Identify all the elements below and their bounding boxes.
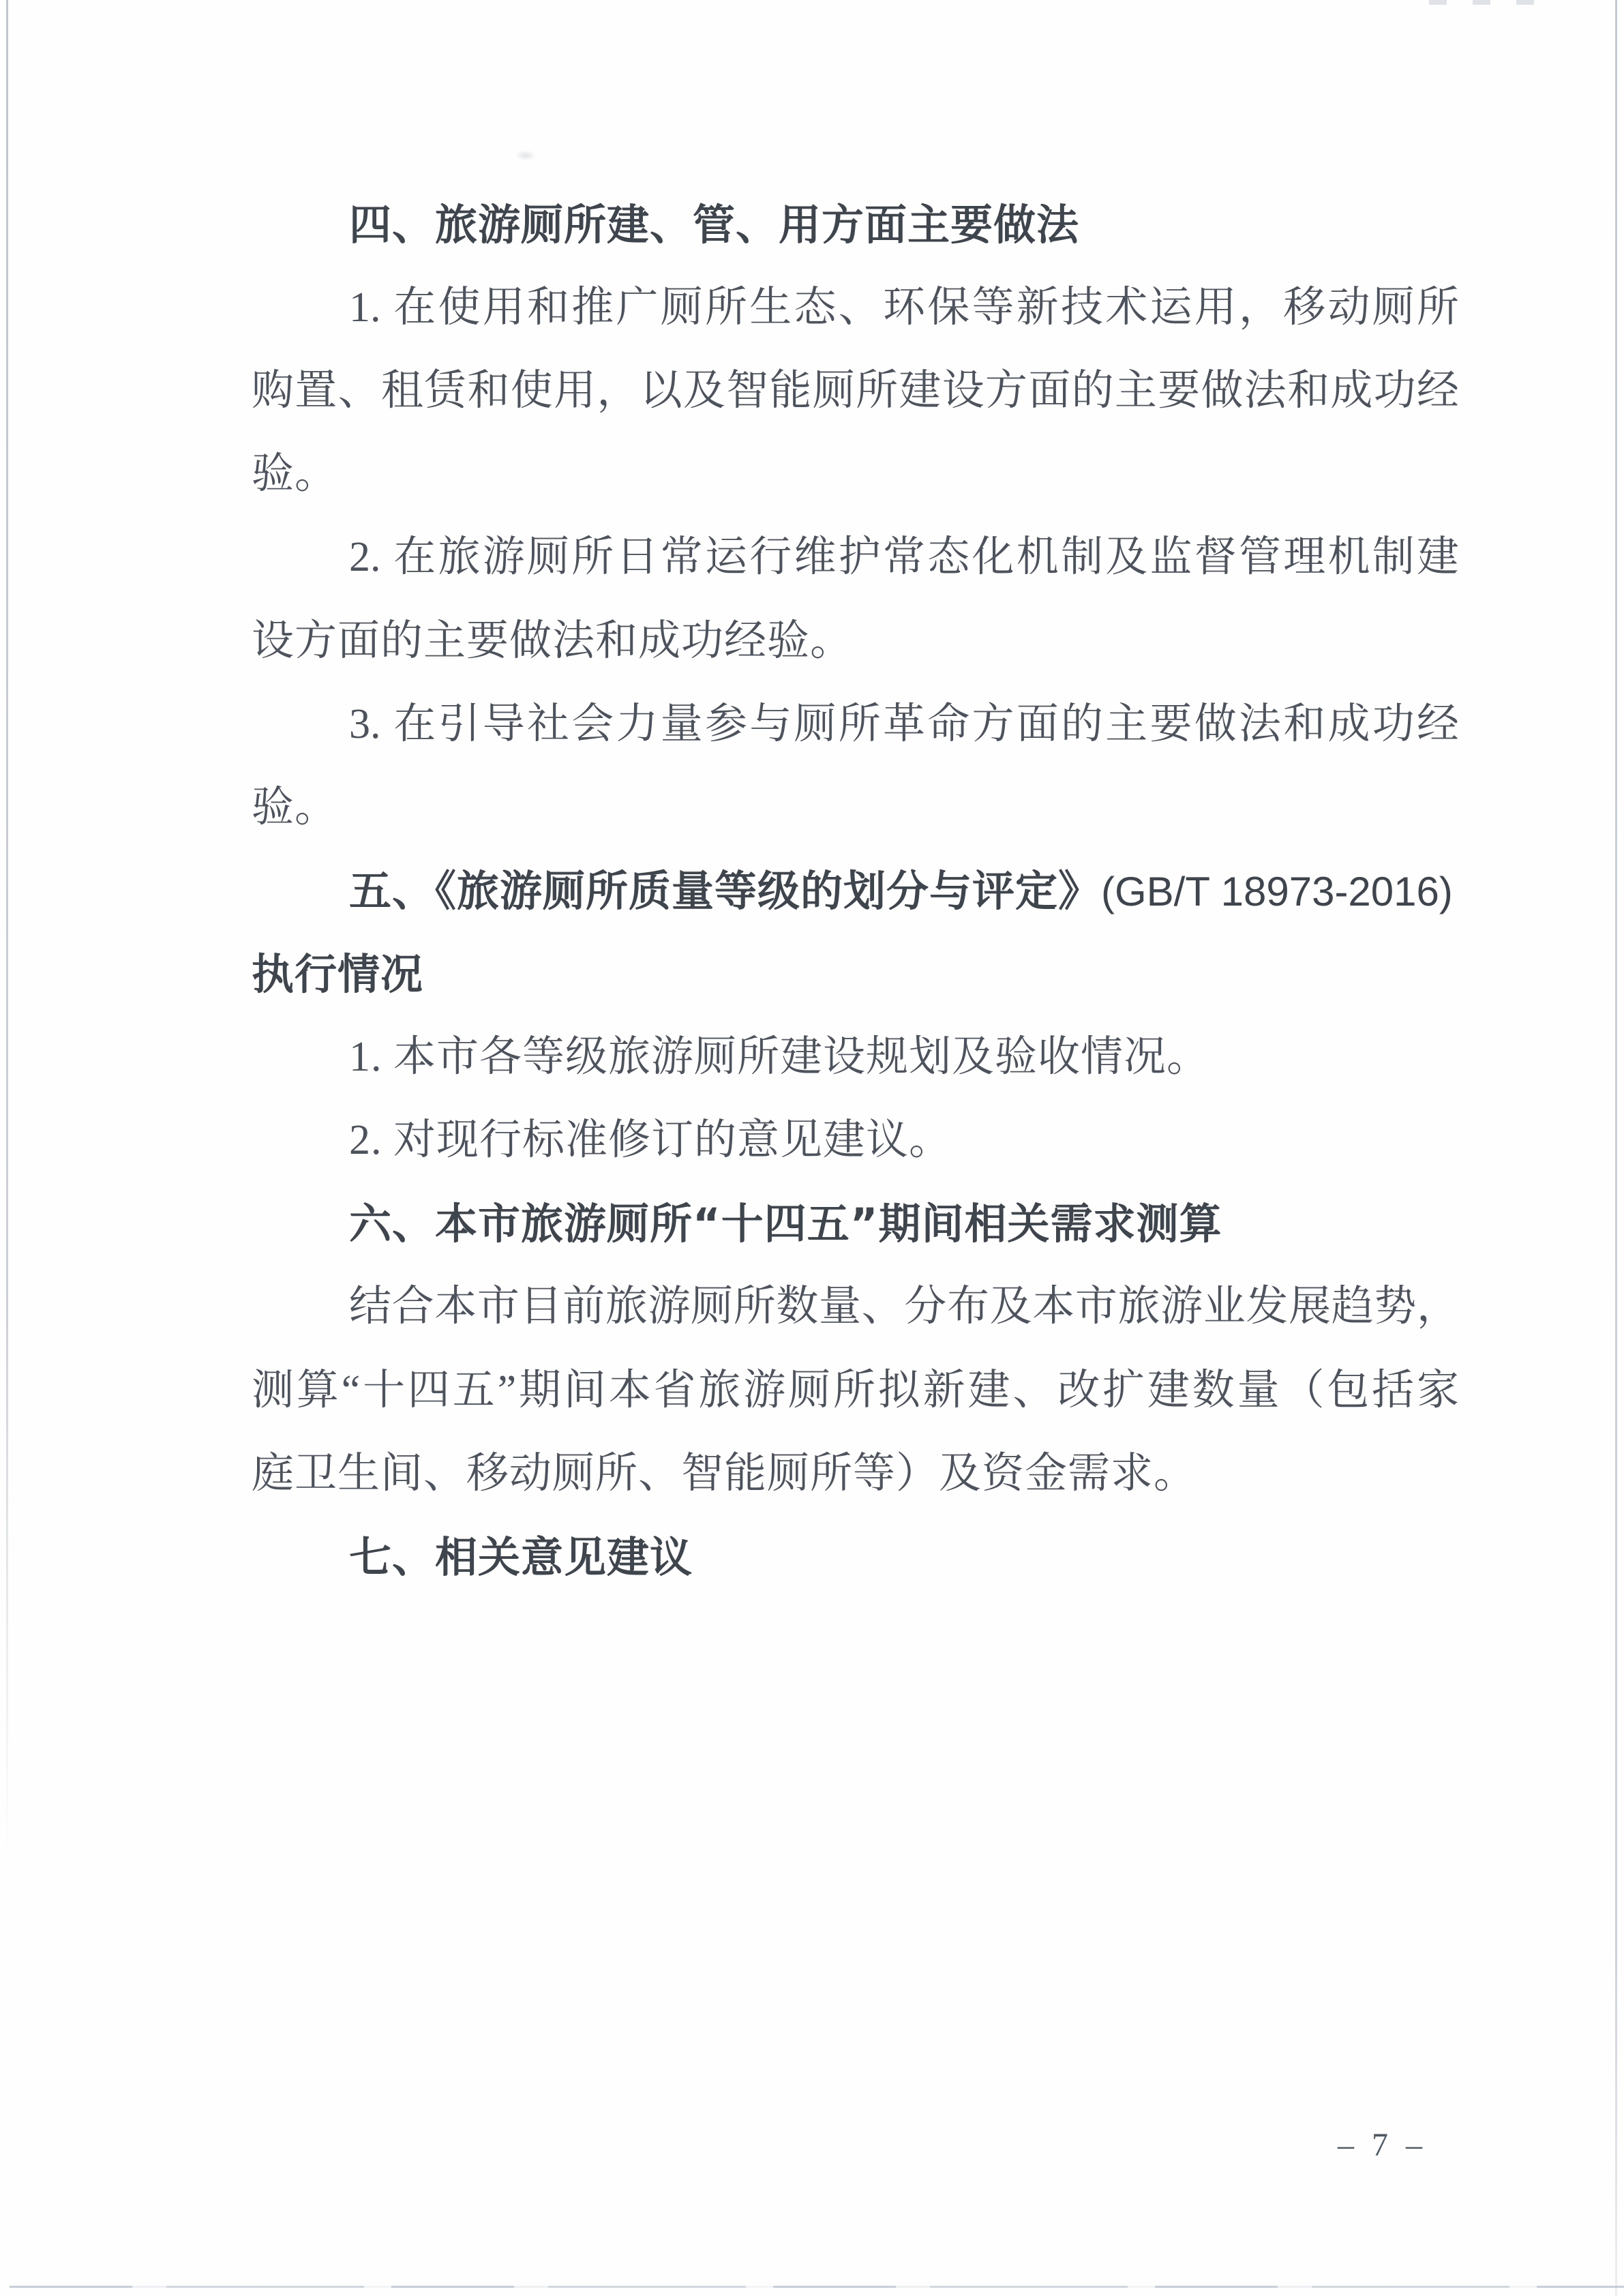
- para-4-1-line-3: 验。: [252, 452, 1459, 497]
- para-6-line-2: 测算“十四五”期间本省旅游厕所拟新建、改扩建数量（包括家: [252, 1369, 1459, 1414]
- scan-edge-line-right: [1615, 0, 1617, 2296]
- para-4-3-line-1: 3. 在引导社会力量参与厕所革命方面的主要做法和成功经: [349, 702, 1459, 747]
- para-5-item-1: 1. 本市各等级旅游厕所建设规划及验收情况。: [349, 1035, 1459, 1080]
- para-4-2-line-1: 2. 在旅游厕所日常运行维护常态化机制及监督管理机制建: [349, 535, 1459, 580]
- heading-section-4: 四、旅游厕所建、管、用方面主要做法: [349, 203, 1459, 248]
- heading-section-5-standard-code: (GB/T 18973-2016): [1101, 869, 1453, 914]
- heading-section-5: 五、《旅游厕所质量等级的划分与评定》(GB/T 18973-2016): [349, 869, 1459, 914]
- scan-edge-line-left: [6, 0, 8, 1855]
- heading-section-6: 六、本市旅游厕所“十四五”期间相关需求测算: [349, 1202, 1459, 1247]
- para-4-1-line-2: 购置、租赁和使用，以及智能厕所建设方面的主要做法和成功经: [252, 369, 1459, 414]
- heading-section-7: 七、相关意见建议: [349, 1535, 1459, 1580]
- heading-section-5-cn: 五、《旅游厕所质量等级的划分与评定》: [349, 866, 1101, 916]
- document-body: 四、旅游厕所建、管、用方面主要做法 1. 在使用和推广厕所生态、环保等新技术运用…: [252, 0, 1459, 2296]
- para-5-item-2: 2. 对现行标准修订的意见建议。: [349, 1118, 1459, 1163]
- para-6-line-1: 结合本市目前旅游厕所数量、分布及本市旅游业发展趋势，: [349, 1285, 1459, 1330]
- para-4-3-line-2: 验。: [252, 786, 1459, 831]
- page-number: – 7 –: [1338, 2126, 1427, 2164]
- scanned-document-page: 四、旅游厕所建、管、用方面主要做法 1. 在使用和推广厕所生态、环保等新技术运用…: [0, 0, 1624, 2296]
- para-4-2-line-2: 设方面的主要做法和成功经验。: [252, 619, 1459, 664]
- para-4-1-line-1: 1. 在使用和推广厕所生态、环保等新技术运用，移动厕所: [349, 286, 1459, 331]
- heading-section-5-cont: 执行情况: [252, 952, 1459, 997]
- para-6-line-3: 庭卫生间、移动厕所、智能厕所等）及资金需求。: [252, 1452, 1459, 1497]
